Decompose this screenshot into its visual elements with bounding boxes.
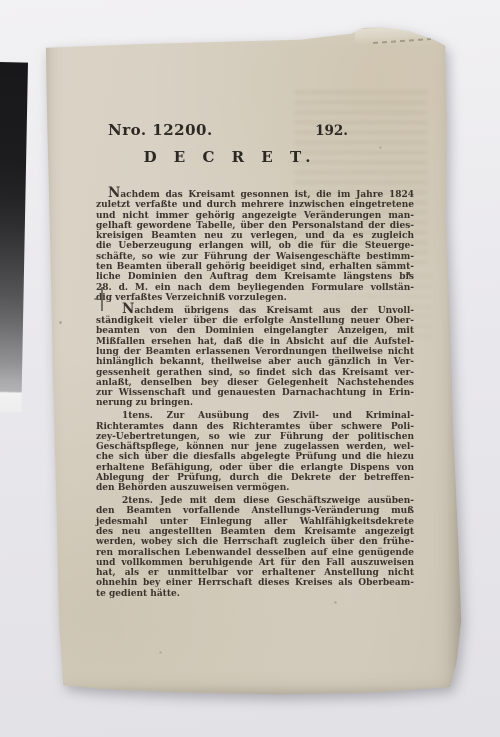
text-line: 2tens. Jede mit dem diese Geschäftszweig… bbox=[96, 496, 414, 506]
paper-sheet: Nro. 12200. 192. D E C R E T. Nachdem da… bbox=[40, 27, 462, 695]
text-line: nerung zu bringen. bbox=[96, 398, 414, 408]
text-line: Richteramtes dann des Richteramtes über … bbox=[96, 422, 414, 432]
text-line: zuletzt verfaßte und durch mehrere inzwi… bbox=[96, 200, 414, 210]
text-line: den Beamten vorfallende Anstellungs-Verä… bbox=[96, 506, 414, 516]
text-line: hat, als er unmittelbar vor erhaltener A… bbox=[96, 568, 414, 578]
text-line: Geschäftspflege, können nur jene zugelas… bbox=[96, 442, 414, 452]
text-line: Ablegung der Prüfung, durch die Dekrete … bbox=[96, 473, 414, 483]
text-line: zey-Uebertretungen, so wie zur Führung d… bbox=[96, 432, 414, 442]
text-line: 28. d. M. ein nach dem beyliegenden Form… bbox=[96, 283, 414, 293]
page-number: 192. bbox=[315, 123, 348, 139]
ink-specks bbox=[40, 27, 41, 28]
text-line: werden, wobey sich die Herrschaft zuglei… bbox=[96, 537, 414, 547]
text-line: schäfte, so wie zur Führung der Waisenge… bbox=[96, 252, 414, 262]
text-line: und nicht immer gehörig angezeigte Verän… bbox=[96, 211, 414, 221]
text-line: anlaßt, denselben bey dieser Gelegenheit… bbox=[96, 378, 414, 388]
text-line: Nachdem übrigens das Kreisamt aus der Un… bbox=[96, 306, 414, 316]
text-line: den Behörden auszuweisen vermögen. bbox=[96, 483, 414, 493]
text-line: jedesmahl unter Einlegung aller Wahlfähi… bbox=[96, 517, 414, 527]
text-line: des neu angestellten Beamten dem Kreisam… bbox=[96, 527, 414, 537]
document-number: Nro. 12200. bbox=[108, 121, 213, 139]
document-title: D E C R E T. bbox=[130, 148, 330, 166]
text-line: Nachdem das Kreisamt gesonnen ist, die i… bbox=[96, 190, 414, 200]
text-line: Mißfallen ersehen hat, daß die in Absich… bbox=[96, 337, 414, 347]
text-line: dig verfaßtes Verzeichniß vorzulegen. bbox=[96, 293, 414, 303]
text-line: ren moralischen Lebenwandel desselben au… bbox=[96, 548, 414, 558]
text-line: die Ueberzeugung erlangen will, ob die f… bbox=[96, 241, 414, 251]
paragraph: Nachdem das Kreisamt gesonnen ist, die i… bbox=[96, 190, 414, 303]
document-body: Nachdem das Kreisamt gesonnen ist, die i… bbox=[96, 190, 414, 602]
text-line: und vollkommen beruhigende Art für den F… bbox=[96, 558, 414, 568]
photo-backdrop: Nro. 12200. 192. D E C R E T. Nachdem da… bbox=[0, 0, 500, 737]
paragraph: 2tens. Jede mit dem diese Geschäftszweig… bbox=[96, 496, 414, 599]
text-line: lung der Beamten erlassenen Verordnungen… bbox=[96, 347, 414, 357]
document-header: Nro. 12200. 192. bbox=[108, 121, 348, 139]
text-line: ständigkeit vieler über die erfolgte Ans… bbox=[96, 316, 414, 326]
text-line: gelhaft gewordene Tabelle, über den Pers… bbox=[96, 221, 414, 231]
margin-cross-mark bbox=[94, 285, 108, 313]
document-paper-shadow: Nro. 12200. 192. D E C R E T. Nachdem da… bbox=[0, 0, 500, 737]
text-line: zur Wissenschaft und genauesten Darnacha… bbox=[96, 388, 414, 398]
text-line: erhaltene Befähigung, oder über die erla… bbox=[96, 463, 414, 473]
text-line: beamten von den Dominien eingelangter An… bbox=[96, 326, 414, 336]
text-line: liche Dominien den Auftrag dem Kreisamte… bbox=[96, 272, 414, 282]
text-line: hinlänglich bekannt, theilweise aber auc… bbox=[96, 357, 414, 367]
text-line: ten Beamten überall gehörig beeidiget si… bbox=[96, 262, 414, 272]
text-line: te gedient hätte. bbox=[96, 589, 414, 599]
text-line: gessenheit gerathen sind, so findet sich… bbox=[96, 368, 414, 378]
paragraph: 1tens. Zur Ausübung des Zivil- und Krimi… bbox=[96, 411, 414, 493]
text-line: 1tens. Zur Ausübung des Zivil- und Krimi… bbox=[96, 411, 414, 421]
text-line: kreisigen Beamten neu zu verlegen, und d… bbox=[96, 231, 414, 241]
paragraph: Nachdem übrigens das Kreisamt aus der Un… bbox=[96, 306, 414, 409]
text-line: che sich über die diesfalls abgelegte Pr… bbox=[96, 452, 414, 462]
text-line: ohnehin bey einer Herrschaft dieses Krei… bbox=[96, 578, 414, 588]
